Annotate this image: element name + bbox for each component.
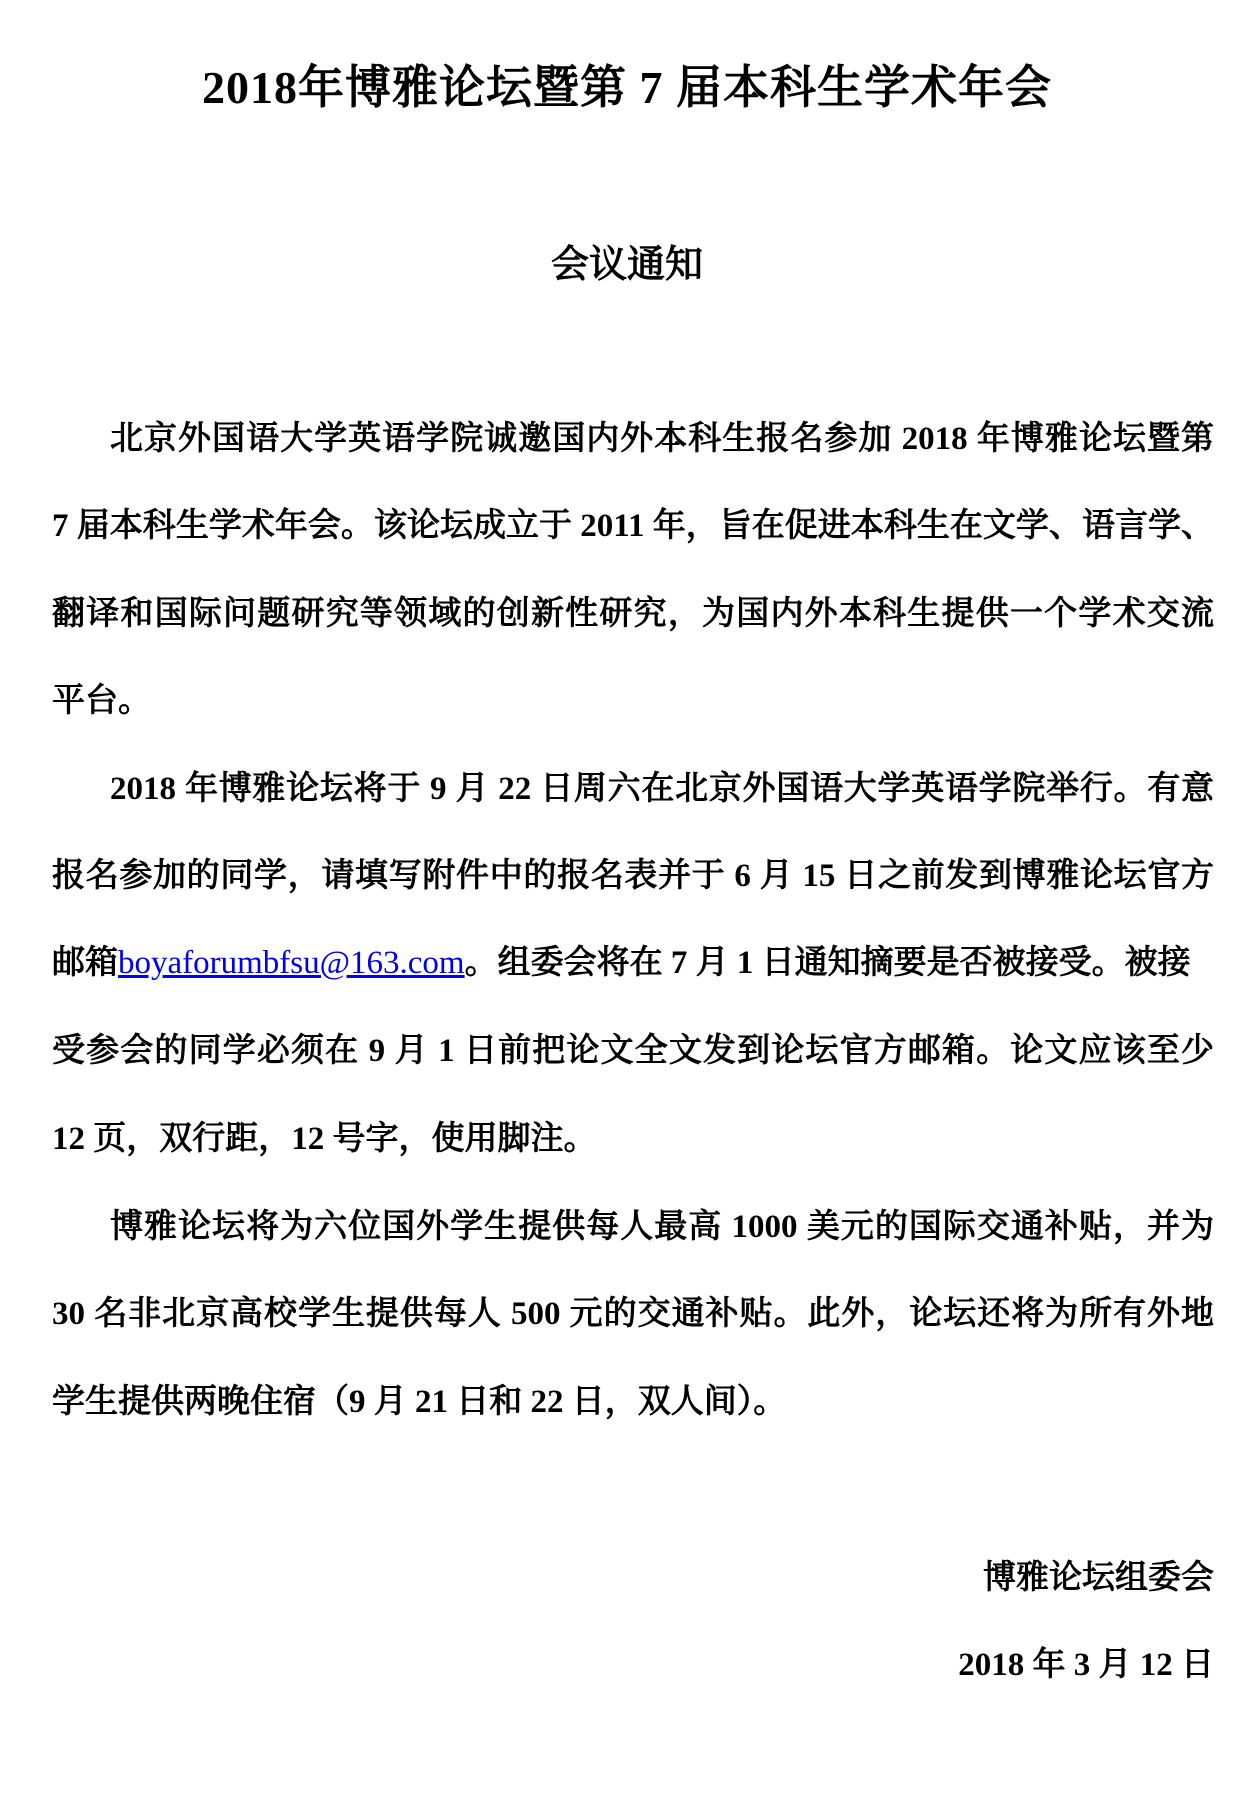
signature: 博雅论坛组委会 [983,1556,1214,1600]
paragraph-1-line-3: 翻译和国际问题研究等领域的创新性研究，为国内外本科生提供一个学术交流 [52,592,1214,636]
document-title: 2018年博雅论坛暨第 7 届本科生学术年会 [0,60,1254,116]
paragraph-2-line-3: 邮箱boyaforumbfsu@163.com。组委会将在 7 月 1 日通知摘… [52,941,1214,985]
email-line-suffix: 。组委会将在 7 月 1 日通知摘要是否被接受。被接 [465,945,1191,981]
paragraph-2-line-2: 报名参加的同学，请填写附件中的报名表并于 6 月 15 日之前发到博雅论坛官方 [52,854,1214,898]
paragraph-3-line-2: 30 名非北京高校学生提供每人 500 元的交通补贴。此外，论坛还将为所有外地 [52,1292,1214,1336]
paragraph-3-line-1: 博雅论坛将为六位国外学生提供每人最高 1000 美元的国际交通补贴，并为 [110,1205,1214,1249]
paragraph-1-line-1: 北京外国语大学英语学院诚邀国内外本科生报名参加 2018 年博雅论坛暨第 [110,417,1214,461]
paragraph-2-line-1: 2018 年博雅论坛将于 9 月 22 日周六在北京外国语大学英语学院举行。有意 [110,767,1214,811]
email-link[interactable]: boyaforumbfsu@163.com [118,945,465,981]
paragraph-2-line-5: 12 页，双行距，12 号字，使用脚注。 [52,1117,1214,1161]
paragraph-2-line-4: 受参会的同学必须在 9 月 1 日前把论文全文发到论坛官方邮箱。论文应该至少 [52,1029,1214,1073]
email-label: 邮箱 [52,945,118,981]
paragraph-3-line-3: 学生提供两晚住宿（9 月 21 日和 22 日，双人间）。 [52,1380,1214,1424]
paragraph-1-line-2: 7 届本科生学术年会。该论坛成立于 2011 年，旨在促进本科生在文学、语言学、 [52,504,1214,548]
document-subtitle: 会议通知 [0,240,1254,290]
paragraph-1-line-4: 平台。 [52,679,1214,723]
date: 2018 年 3 月 12 日 [958,1643,1214,1687]
